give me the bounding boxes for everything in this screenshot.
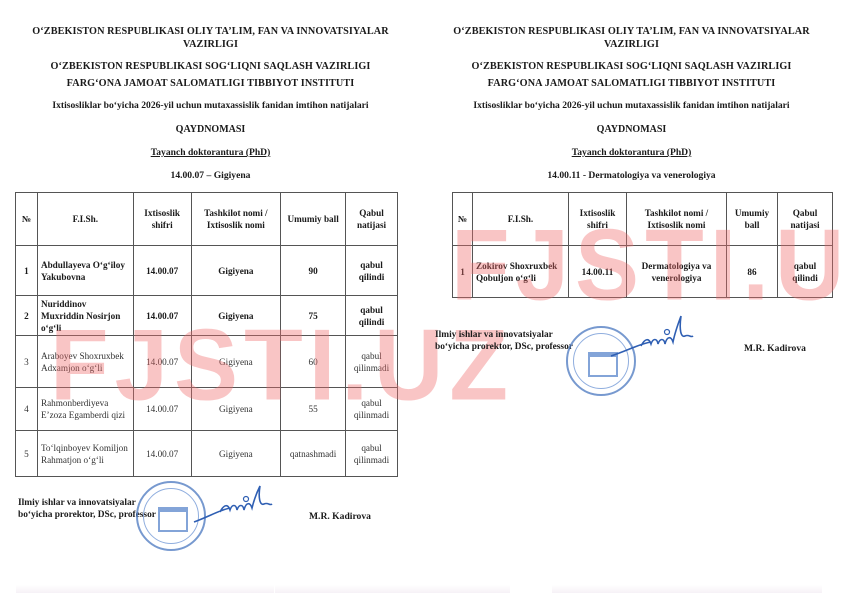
- row-score: 55: [281, 388, 346, 431]
- row-score: qatnashmadi: [281, 431, 346, 477]
- signatory-position-line-2: bo‘yicha prorektor, DSc, professor: [435, 341, 573, 353]
- row-name: Araboyev Shoxruxbek Adxamjon o‘g‘li: [37, 336, 133, 388]
- row-org: Gigiyena: [191, 388, 281, 431]
- row-code: 14.00.07: [133, 296, 191, 336]
- ministry-line-2: VAZIRLIGI: [421, 38, 842, 51]
- row-number: 4: [16, 388, 38, 431]
- signatory-name: M.R. Kadirova: [309, 511, 371, 522]
- row-code: 14.00.11: [569, 246, 627, 298]
- row-name: Nuriddinov Muxriddin Nosirjon o‘g‘li: [37, 296, 133, 336]
- row-number: 5: [16, 431, 38, 477]
- ministry-line-1: O‘ZBEKISTON RESPUBLIKASI OLIY TA’LIM, FA…: [453, 26, 809, 37]
- row-result: qabul qilinmadi: [346, 388, 398, 431]
- specialty-heading: 14.00.07 – Gigiyena: [0, 170, 421, 181]
- col-full-name: F.I.Sh.: [473, 193, 569, 246]
- ministry-line-1: O‘ZBEKISTON RESPUBLIKASI OLIY TA’LIM, FA…: [32, 26, 388, 37]
- signatory-position: Ilmiy ishlar va innovatsiyalar bo‘yicha …: [435, 329, 573, 353]
- col-organization: Tashkilot nomi / Ixtisoslik nomi: [191, 193, 281, 246]
- row-score: 75: [281, 296, 346, 336]
- row-result: qabul qilinmadi: [346, 431, 398, 477]
- row-name: Abdullayeva O‘g‘iloy Yakubovna: [37, 246, 133, 296]
- table-header-row: № F.I.Sh. Ixtisoslik shifri Tashkilot no…: [453, 193, 833, 246]
- row-code: 14.00.07: [133, 246, 191, 296]
- signatory-position-line-1: Ilmiy ishlar va innovatsiyalar: [18, 497, 156, 509]
- document-subtitle: Ixtisosliklar bo‘yicha 2026-yil uchun mu…: [0, 100, 421, 111]
- col-specialty-code: Ixtisoslik shifri: [133, 193, 191, 246]
- program-name: Tayanch doktorantura (PhD): [0, 147, 421, 158]
- row-name: Zokirov Shoxruxbek Qobuljon o‘g‘li: [473, 246, 569, 298]
- row-score: 86: [727, 246, 778, 298]
- table-row: 5 To‘lqinboyev Komiljon Rahmatjon o‘g‘li…: [16, 431, 398, 477]
- col-organization: Tashkilot nomi / Ixtisoslik nomi: [627, 193, 727, 246]
- row-name: Rahmonberdiyeva E’zoza Egamberdi qizi: [37, 388, 133, 431]
- col-number: №: [16, 193, 38, 246]
- page-edge: [16, 585, 274, 593]
- col-specialty-code: Ixtisoslik shifri: [569, 193, 627, 246]
- program-name: Tayanch doktorantura (PhD): [421, 147, 842, 158]
- col-full-name: F.I.Sh.: [37, 193, 133, 246]
- document-page-dermatology: O‘ZBEKISTON RESPUBLIKASI OLIY TA’LIM, FA…: [421, 0, 842, 595]
- table-header-row: № F.I.Sh. Ixtisoslik shifri Tashkilot no…: [16, 193, 398, 246]
- institute-name: FARG‘ONA JAMOAT SALOMATLIGI TIBBIYOT INS…: [0, 77, 421, 90]
- results-table: № F.I.Sh. Ixtisoslik shifri Tashkilot no…: [452, 192, 833, 298]
- page-edge: [275, 585, 510, 593]
- row-number: 2: [16, 296, 38, 336]
- row-org: Gigiyena: [191, 246, 281, 296]
- row-org: Gigiyena: [191, 431, 281, 477]
- row-result: qabul qilindi: [346, 246, 398, 296]
- col-admission-result: Qabul natijasi: [778, 193, 833, 246]
- ministry-health: O‘ZBEKISTON RESPUBLIKASI SOG‘LIQNI SAQLA…: [0, 60, 421, 73]
- page-edge: [552, 585, 822, 593]
- row-code: 14.00.07: [133, 431, 191, 477]
- row-number: 1: [453, 246, 473, 298]
- row-score: 90: [281, 246, 346, 296]
- row-number: 3: [16, 336, 38, 388]
- row-org: Gigiyena: [191, 296, 281, 336]
- specialty-heading: 14.00.11 - Dermatologiya va venerologiya: [421, 170, 842, 181]
- document-page-gigiyena: O‘ZBEKISTON RESPUBLIKASI OLIY TA’LIM, FA…: [0, 0, 421, 595]
- signatory-name: M.R. Kadirova: [744, 343, 806, 354]
- col-total-score: Umumiy ball: [727, 193, 778, 246]
- document-subtitle: Ixtisosliklar bo‘yicha 2026-yil uchun mu…: [421, 100, 842, 111]
- table-row: 4 Rahmonberdiyeva E’zoza Egamberdi qizi …: [16, 388, 398, 431]
- signature-icon: [190, 482, 280, 532]
- ministry-line-2: VAZIRLIGI: [0, 38, 421, 51]
- row-number: 1: [16, 246, 38, 296]
- ministry-higher-education: O‘ZBEKISTON RESPUBLIKASI OLIY TA’LIM, FA…: [0, 25, 421, 51]
- table-row: 1 Zokirov Shoxruxbek Qobuljon o‘g‘li 14.…: [453, 246, 833, 298]
- document-title: QAYDNOMASI: [421, 124, 842, 135]
- table-row: 3 Araboyev Shoxruxbek Adxamjon o‘g‘li 14…: [16, 336, 398, 388]
- row-code: 14.00.07: [133, 336, 191, 388]
- row-org: Gigiyena: [191, 336, 281, 388]
- signatory-position-line-1: Ilmiy ishlar va innovatsiyalar: [435, 329, 573, 341]
- row-code: 14.00.07: [133, 388, 191, 431]
- row-org: Dermatologiya va venerologiya: [627, 246, 727, 298]
- row-result: qabul qilindi: [346, 296, 398, 336]
- row-result: qabul qilindi: [778, 246, 833, 298]
- ministry-health: O‘ZBEKISTON RESPUBLIKASI SOG‘LIQNI SAQLA…: [421, 60, 842, 73]
- institute-name: FARG‘ONA JAMOAT SALOMATLIGI TIBBIYOT INS…: [421, 77, 842, 90]
- table-row: 2 Nuriddinov Muxriddin Nosirjon o‘g‘li 1…: [16, 296, 398, 336]
- col-admission-result: Qabul natijasi: [346, 193, 398, 246]
- ministry-higher-education: O‘ZBEKISTON RESPUBLIKASI OLIY TA’LIM, FA…: [421, 25, 842, 51]
- results-table: № F.I.Sh. Ixtisoslik shifri Tashkilot no…: [15, 192, 398, 477]
- row-result: qabul qilinmadi: [346, 336, 398, 388]
- table-row: 1 Abdullayeva O‘g‘iloy Yakubovna 14.00.0…: [16, 246, 398, 296]
- signature-icon: [607, 312, 702, 364]
- col-total-score: Umumiy ball: [281, 193, 346, 246]
- row-name: To‘lqinboyev Komiljon Rahmatjon o‘g‘li: [37, 431, 133, 477]
- row-score: 60: [281, 336, 346, 388]
- col-number: №: [453, 193, 473, 246]
- document-title: QAYDNOMASI: [0, 124, 421, 135]
